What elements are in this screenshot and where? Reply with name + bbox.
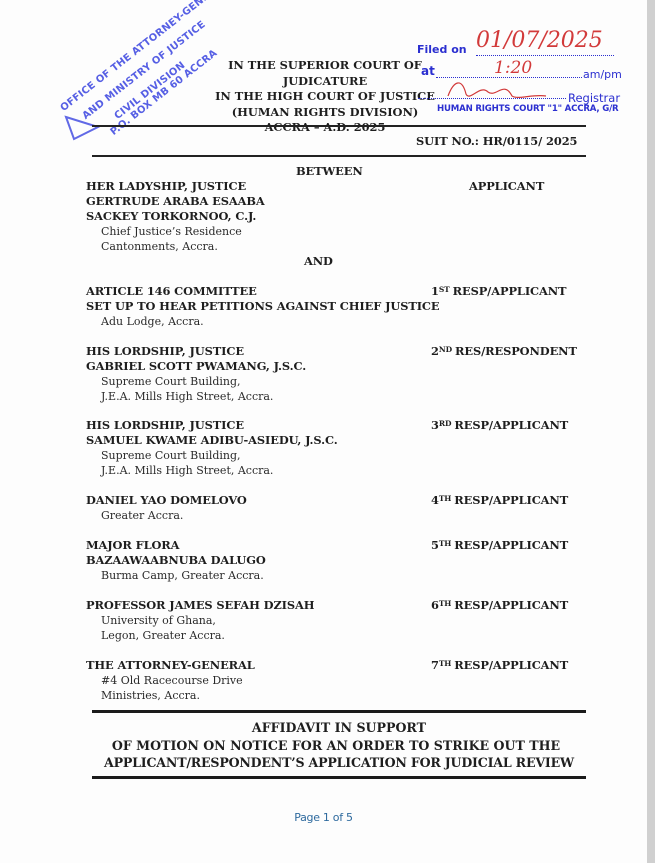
ordinal-number: 5 (431, 538, 439, 552)
party-address-line: Chief Justice’s Residence (101, 224, 242, 239)
scrollbar-track[interactable] (647, 0, 655, 863)
title-line-3: APPLICANT/RESPONDENT’S APPLICATION FOR J… (92, 754, 586, 772)
party-name-line: GERTRUDE ARABA ESAABA (86, 194, 265, 209)
party-address-line: Cantonments, Accra. (101, 239, 218, 254)
ordinal-number: 7 (431, 658, 439, 672)
party-address-line: J.E.A. Mills High Street, Accra. (101, 389, 273, 404)
court-line-2: IN THE HIGH COURT OF JUSTICE (200, 89, 450, 105)
document-title: AFFIDAVIT IN SUPPORT OF MOTION ON NOTICE… (92, 719, 586, 772)
party-name-line: HER LADYSHIP, JUSTICE (86, 179, 246, 194)
ordinal-suffix: TH (439, 659, 451, 668)
party-address-line: University of Ghana, (101, 613, 216, 628)
party-address-line: Ministries, Accra. (101, 688, 200, 703)
title-top-divider (92, 710, 586, 713)
filed-date-handwritten: 01/07/2025 (476, 28, 603, 53)
party-address-line: Supreme Court Building, (101, 374, 241, 389)
party-address-line: Legon, Greater Accra. (101, 628, 225, 643)
suit-number: SUIT NO.: HR/0115/ 2025 (416, 134, 577, 149)
ordinal-suffix: TH (439, 599, 451, 608)
party-role: APPLICANT (469, 179, 544, 194)
party-name-line: SACKEY TORKORNOO, C.J. (86, 209, 256, 224)
filed-on-label: Filed on (417, 43, 467, 56)
header-divider (92, 125, 586, 127)
party-name-line: GABRIEL SCOTT PWAMANG, J.S.C. (86, 359, 306, 374)
court-header: IN THE SUPERIOR COURT OF JUDICATURE IN T… (200, 58, 450, 136)
role-label: RESP/APPLICANT (454, 538, 568, 552)
party-address-line: #4 Old Racecourse Drive (101, 673, 243, 688)
title-line-2: OF MOTION ON NOTICE FOR AN ORDER TO STRI… (92, 737, 586, 755)
registrar-label: Registrar (568, 91, 620, 105)
attorney-general-stamp: OFFICE OF THE ATTORNEY-GENERAL AND MINIS… (44, 8, 214, 128)
suit-divider (92, 155, 586, 157)
party-name-line: HIS LORDSHIP, JUSTICE (86, 344, 244, 359)
court-line-4: ACCRA – A.D. 2025 (200, 120, 450, 136)
role-label: RESP/APPLICANT (454, 598, 568, 612)
registrar-signature (440, 74, 550, 104)
party-name-line: BAZAAWAABNUBA DALUGO (86, 553, 266, 568)
role-label: RESP/APPLICANT (454, 658, 568, 672)
role-label: RESP/APPLICANT (454, 418, 568, 432)
party-role: 6THRESP/APPLICANT (431, 598, 568, 613)
filed-on-dotline (476, 55, 614, 56)
ordinal-suffix: TH (439, 539, 451, 548)
party-role: 2NDRES/RESPONDENT (431, 344, 577, 359)
party-address-line: Adu Lodge, Accra. (101, 314, 204, 329)
court-stamp-label: HUMAN RIGHTS COURT "1" ACCRA, G/R (437, 104, 618, 114)
party-name-line: THE ATTORNEY-GENERAL (86, 658, 255, 673)
ordinal-suffix: TH (439, 494, 451, 503)
ordinal-suffix: RD (439, 419, 452, 428)
party-name-line: MAJOR FLORA (86, 538, 179, 553)
between-label: BETWEEN (296, 164, 363, 179)
role-label: RES/RESPONDENT (455, 344, 577, 358)
party-name-line: DANIEL YAO DOMELOVO (86, 493, 247, 508)
party-address-line: Supreme Court Building, (101, 448, 241, 463)
at-label: at (421, 64, 435, 78)
court-line-3: (HUMAN RIGHTS DIVISION) (200, 105, 450, 121)
ordinal-number: 4 (431, 493, 439, 507)
party-role: 4THRESP/APPLICANT (431, 493, 568, 508)
ordinal-number: 1 (431, 284, 439, 298)
ordinal-number: 2 (431, 344, 439, 358)
party-role: 3RDRESP/APPLICANT (431, 418, 568, 433)
party-role: 1STRESP/APPLICANT (431, 284, 566, 299)
party-address-line: J.E.A. Mills High Street, Accra. (101, 463, 273, 478)
am-pm-label: am/pm (583, 68, 622, 81)
party-role: 5THRESP/APPLICANT (431, 538, 568, 553)
party-name-line: SAMUEL KWAME ADIBU-ASIEDU, J.S.C. (86, 433, 338, 448)
title-line-1: AFFIDAVIT IN SUPPORT (92, 719, 586, 737)
party-address-line: Burma Camp, Greater Accra. (101, 568, 264, 583)
ordinal-suffix: ST (439, 285, 450, 294)
document-page: OFFICE OF THE ATTORNEY-GENERAL AND MINIS… (0, 0, 647, 863)
party-address-line: Greater Accra. (101, 508, 183, 523)
party-name-line: SET UP TO HEAR PETITIONS AGAINST CHIEF J… (86, 299, 439, 314)
page-number: Page 1 of 5 (0, 811, 647, 824)
party-name-line: PROFESSOR JAMES SEFAH DZISAH (86, 598, 314, 613)
and-label: AND (304, 254, 333, 269)
court-line-1: IN THE SUPERIOR COURT OF JUDICATURE (200, 58, 450, 89)
party-name-line: HIS LORDSHIP, JUSTICE (86, 418, 244, 433)
title-bottom-divider (92, 776, 586, 779)
party-role: 7THRESP/APPLICANT (431, 658, 568, 673)
ordinal-number: 3 (431, 418, 439, 432)
stamp-seal-icon (64, 113, 104, 143)
role-label: RESP/APPLICANT (453, 284, 567, 298)
ordinal-suffix: ND (439, 345, 452, 354)
role-label: RESP/APPLICANT (454, 493, 568, 507)
ordinal-number: 6 (431, 598, 439, 612)
party-name-line: ARTICLE 146 COMMITTEE (86, 284, 257, 299)
